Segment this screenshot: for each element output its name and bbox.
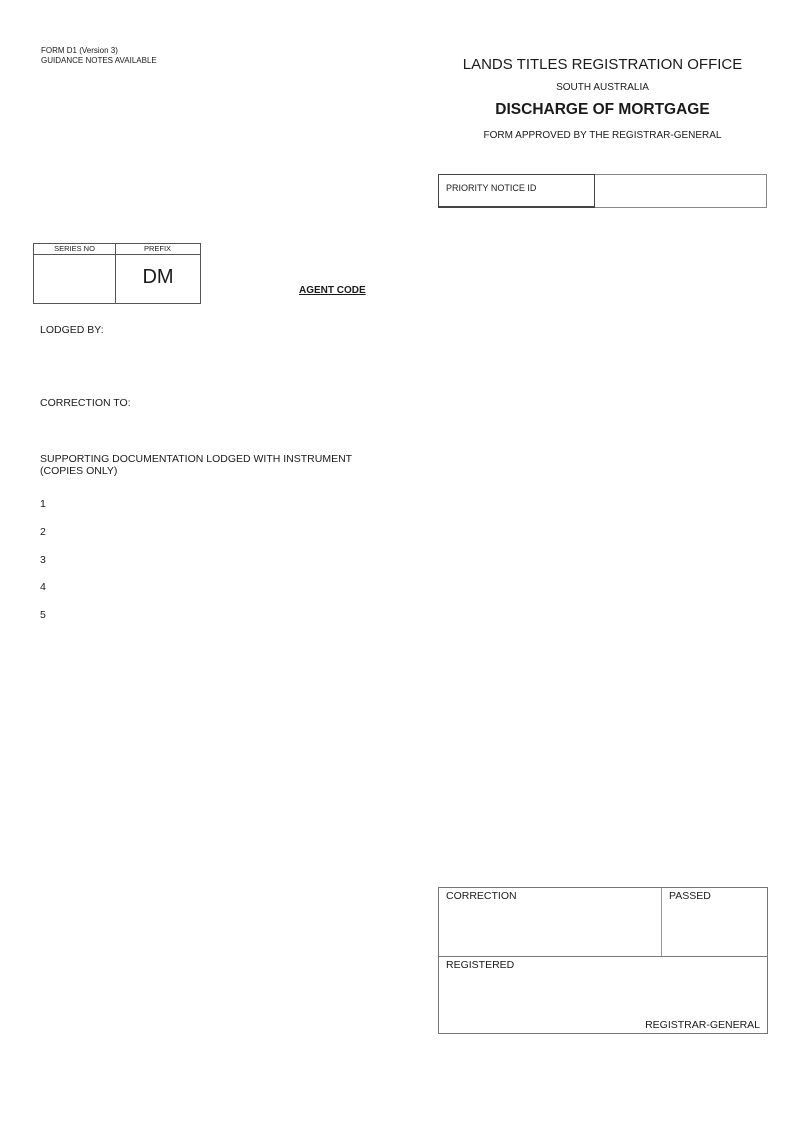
state-name: SOUTH AUSTRALIA [440, 82, 765, 93]
supporting-docs-item: 4 [40, 581, 46, 593]
correction-to-label: CORRECTION TO: [40, 397, 131, 409]
series-no-label: SERIES NO [34, 244, 115, 254]
form-id: FORM D1 (Version 3) GUIDANCE NOTES AVAIL… [41, 46, 157, 66]
supporting-docs-heading: SUPPORTING DOCUMENTATION LODGED WITH INS… [40, 453, 352, 477]
document-title: DISCHARGE OF MORTGAGE [440, 101, 765, 119]
office-title: LANDS TITLES REGISTRATION OFFICE [440, 56, 765, 73]
supporting-docs-heading-line2: (COPIES ONLY) [40, 465, 352, 477]
form-version: FORM D1 (Version 3) [41, 46, 157, 56]
guidance-notes: GUIDANCE NOTES AVAILABLE [41, 56, 157, 66]
header: LANDS TITLES REGISTRATION OFFICE [440, 56, 765, 73]
priority-notice-label: PRIORITY NOTICE ID [446, 183, 536, 193]
supporting-docs-item: 1 [40, 498, 46, 510]
passed-label: PASSED [669, 890, 711, 902]
priority-notice-label-cell: PRIORITY NOTICE ID [438, 174, 595, 208]
approval-note: FORM APPROVED BY THE REGISTRAR-GENERAL [440, 130, 765, 141]
prefix-label: PREFIX [115, 244, 200, 254]
lodged-by-label: LODGED BY: [40, 324, 104, 336]
agent-code-label: AGENT CODE [299, 285, 366, 296]
office-use-box: CORRECTION PASSED REGISTERED REGISTRAR-G… [438, 887, 768, 1034]
correction-label: CORRECTION [446, 890, 517, 902]
supporting-docs-heading-line1: SUPPORTING DOCUMENTATION LODGED WITH INS… [40, 453, 352, 465]
series-prefix-box: SERIES NO PREFIX DM [33, 243, 201, 304]
supporting-docs-item: 3 [40, 554, 46, 566]
supporting-docs-item: 2 [40, 526, 46, 538]
registrar-general-label: REGISTRAR-GENERAL [645, 1019, 760, 1031]
passed-cell: PASSED [662, 888, 767, 957]
series-header-cell: SERIES NO [34, 244, 116, 255]
priority-notice-box: PRIORITY NOTICE ID [438, 174, 767, 208]
correction-cell: CORRECTION [439, 888, 662, 957]
prefix-value: DM [116, 266, 200, 289]
priority-notice-field[interactable] [595, 175, 766, 207]
registered-label: REGISTERED [446, 959, 514, 971]
registered-cell: REGISTERED REGISTRAR-GENERAL [439, 957, 767, 1033]
series-no-field[interactable] [34, 255, 116, 303]
prefix-header-cell: PREFIX [115, 244, 200, 255]
supporting-docs-item: 5 [40, 609, 46, 621]
